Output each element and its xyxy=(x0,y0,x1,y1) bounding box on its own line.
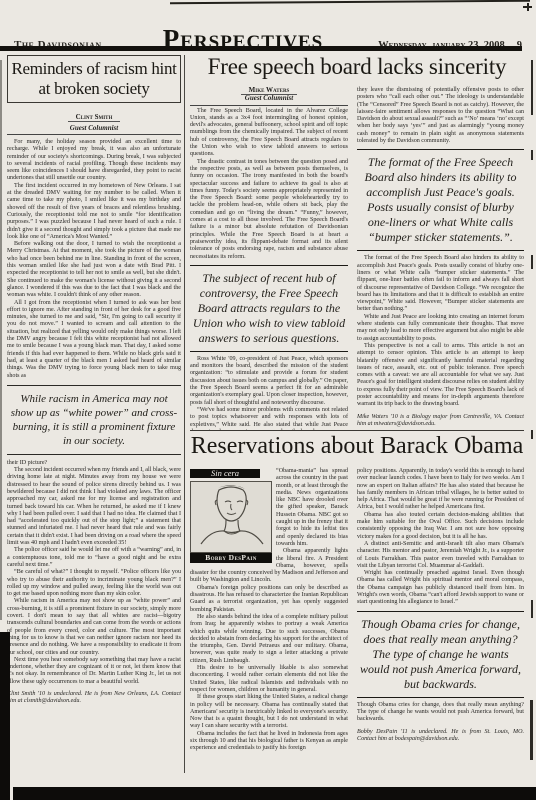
paragraph: If these groups start liking the United … xyxy=(190,694,348,730)
scan-bottom-bar xyxy=(13,787,536,800)
paragraph: He also stands behind the idea of a comp… xyxy=(190,614,348,665)
paragraph: All I got from the receptionist when I t… xyxy=(7,300,181,380)
freespeech-col2: they leave the dismissing of potentially… xyxy=(357,87,524,461)
obama-columns: Sin cera xyxy=(190,464,524,780)
author-sketch-image xyxy=(191,482,271,548)
paragraph: The police officer said he would let me … xyxy=(7,547,181,569)
article-obama: Reservations about Barack Obama Sin cera xyxy=(190,430,524,789)
scan-edge-dash xyxy=(530,700,533,760)
column-label: Sin cera xyxy=(190,469,260,478)
scan-left-blob xyxy=(0,632,10,800)
column-divider xyxy=(184,55,185,773)
paragraph: His desire to be universally likable is … xyxy=(190,665,348,694)
paragraph: Obama's foreign policy positions can onl… xyxy=(190,585,348,614)
paragraph: The second incident occurred when my fri… xyxy=(7,467,181,547)
paragraph: Ross White '09, co-president of Just Pea… xyxy=(190,356,348,407)
freespeech-col1: Mike Waters Guest Columnist The Free Spe… xyxy=(190,87,348,461)
paragraph: “Be careful of what?” I thought to mysel… xyxy=(7,569,181,598)
paragraph: Before walking out the door, I turned to… xyxy=(7,241,181,299)
freespeech-pull-quote-1: The subject of recent hub of controversy… xyxy=(190,265,348,352)
obama-col1: Sin cera xyxy=(190,468,348,780)
scan-edge-dash xyxy=(531,600,533,618)
scan-edge-dash xyxy=(531,150,533,160)
racism-byline-block: Clint Smith Guest Columnist xyxy=(7,106,181,135)
paragraph: Wright has continually preached against … xyxy=(357,570,524,606)
scan-corner-mark xyxy=(523,6,532,8)
scan-edge-dash xyxy=(531,255,533,269)
paragraph: The format of the Free Speech Board also… xyxy=(357,255,524,313)
racism-headline: Reminders of racism hint at broken socie… xyxy=(7,55,181,103)
scan-left-edge xyxy=(0,60,2,620)
racism-pull-quote: While racism in America may not show up … xyxy=(7,385,181,455)
paragraph: they leave the dismissing of potentially… xyxy=(357,87,524,145)
article-freespeech: Free speech board lacks sincerity Mike W… xyxy=(190,54,524,461)
freespeech-columns: Mike Waters Guest Columnist The Free Spe… xyxy=(190,83,524,461)
author-photo xyxy=(190,481,272,552)
paragraph: Though Obama cries for change, does that… xyxy=(357,702,524,724)
racism-byline-role: Guest Columnist xyxy=(7,124,181,132)
freespeech-byline-role: Guest Columnist xyxy=(190,95,348,102)
freespeech-headline: Free speech board lacks sincerity xyxy=(190,54,524,80)
obama-author-bio: Bobby DesPain '11 is undeclared. He is f… xyxy=(357,729,524,744)
paragraph: While racism in America may not show up … xyxy=(7,598,181,656)
author-photo-block: Sin cera xyxy=(190,469,272,563)
obama-col2: policy positions. Apparently, in today's… xyxy=(357,468,524,780)
masthead-rule xyxy=(0,46,522,51)
paragraph: Obama includes the fact that he lived in… xyxy=(190,731,348,753)
paragraph: For many, the holiday season provided an… xyxy=(7,139,181,183)
freespeech-pull-quote-2: The format of the Free Speech Board also… xyxy=(357,149,524,251)
scan-edge-dash xyxy=(531,430,533,439)
paragraph: The drastic contrast in tones between th… xyxy=(190,159,348,261)
racism-byline: Clint Smith xyxy=(68,113,121,122)
paragraph: Obama has also touted certain decision-m… xyxy=(357,512,524,541)
paragraph: This perspective is not a call to arms. … xyxy=(357,343,524,409)
paragraph: their ID picture? xyxy=(7,460,181,467)
racism-author-bio: Clint Smith '10 is undeclared. He is fro… xyxy=(7,691,181,706)
paragraph: White and Just Peace are looking into cr… xyxy=(357,314,524,343)
obama-headline: Reservations about Barack Obama xyxy=(190,433,524,460)
newspaper-page: The Davidsonian Perspectives Wednesday, … xyxy=(0,0,536,800)
obama-pull-quote: Though Obama cries for change, does that… xyxy=(357,611,524,698)
scan-edge-dash xyxy=(531,60,533,115)
paragraph: policy positions. Apparently, in today's… xyxy=(357,468,524,512)
paragraph: The Free Speech Board, located in the Al… xyxy=(190,108,348,159)
paragraph: A distinct anti-Semitic and anti-Israeli… xyxy=(357,541,524,570)
racism-body: For many, the holiday season provided an… xyxy=(7,139,181,706)
scan-streak xyxy=(170,0,530,4)
freespeech-byline-block: Mike Waters Guest Columnist xyxy=(190,87,348,106)
paragraph: The first incident occurred in my hometo… xyxy=(7,183,181,241)
freespeech-author-bio: Mike Waters '10 is a Biology major from … xyxy=(357,414,524,429)
article-racism: Reminders of racism hint at broken socie… xyxy=(7,55,181,783)
paragraph: Next time you hear somebody say somethin… xyxy=(7,657,181,686)
photo-caption: Bobby DesPain xyxy=(190,553,272,563)
